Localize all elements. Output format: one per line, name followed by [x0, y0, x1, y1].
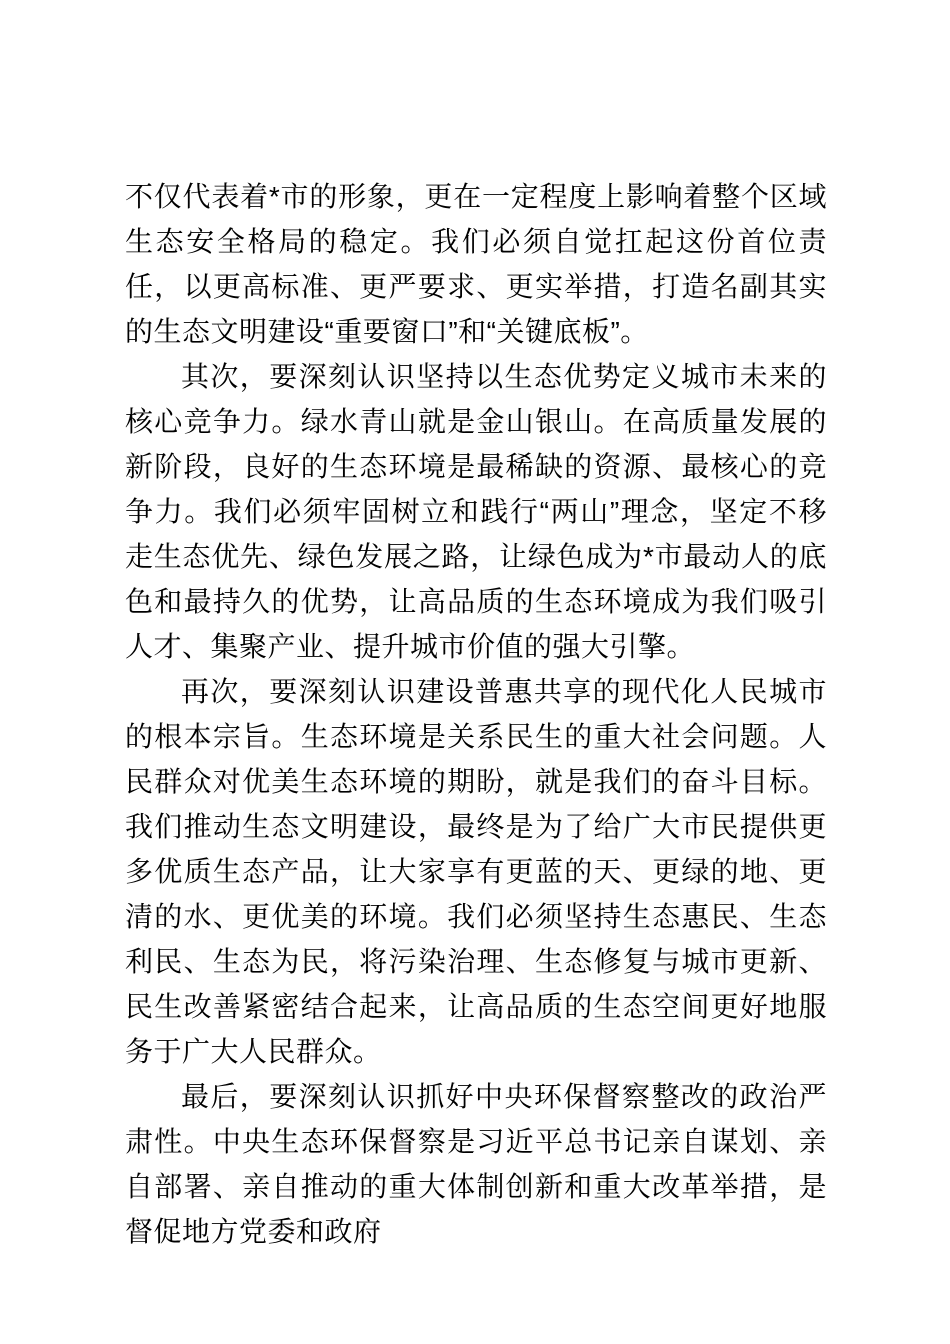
paragraph-final-point: 最后，要深刻认识抓好中央环保督察整改的政治严肃性。中央生态环保督察是习近平总书记…	[125, 1074, 827, 1254]
document-page: 不仅代表着*市的形象，更在一定程度上影响着整个区域生态安全格局的稳定。我们必须自…	[0, 0, 950, 1344]
paragraph-continuation: 不仅代表着*市的形象，更在一定程度上影响着整个区域生态安全格局的稳定。我们必须自…	[125, 174, 827, 354]
paragraph-second-point: 其次，要深刻认识坚持以生态优势定义城市未来的核心竞争力。绿水青山就是金山银山。在…	[125, 354, 827, 669]
paragraph-third-point: 再次，要深刻认识建设普惠共享的现代化人民城市的根本宗旨。生态环境是关系民生的重大…	[125, 669, 827, 1074]
